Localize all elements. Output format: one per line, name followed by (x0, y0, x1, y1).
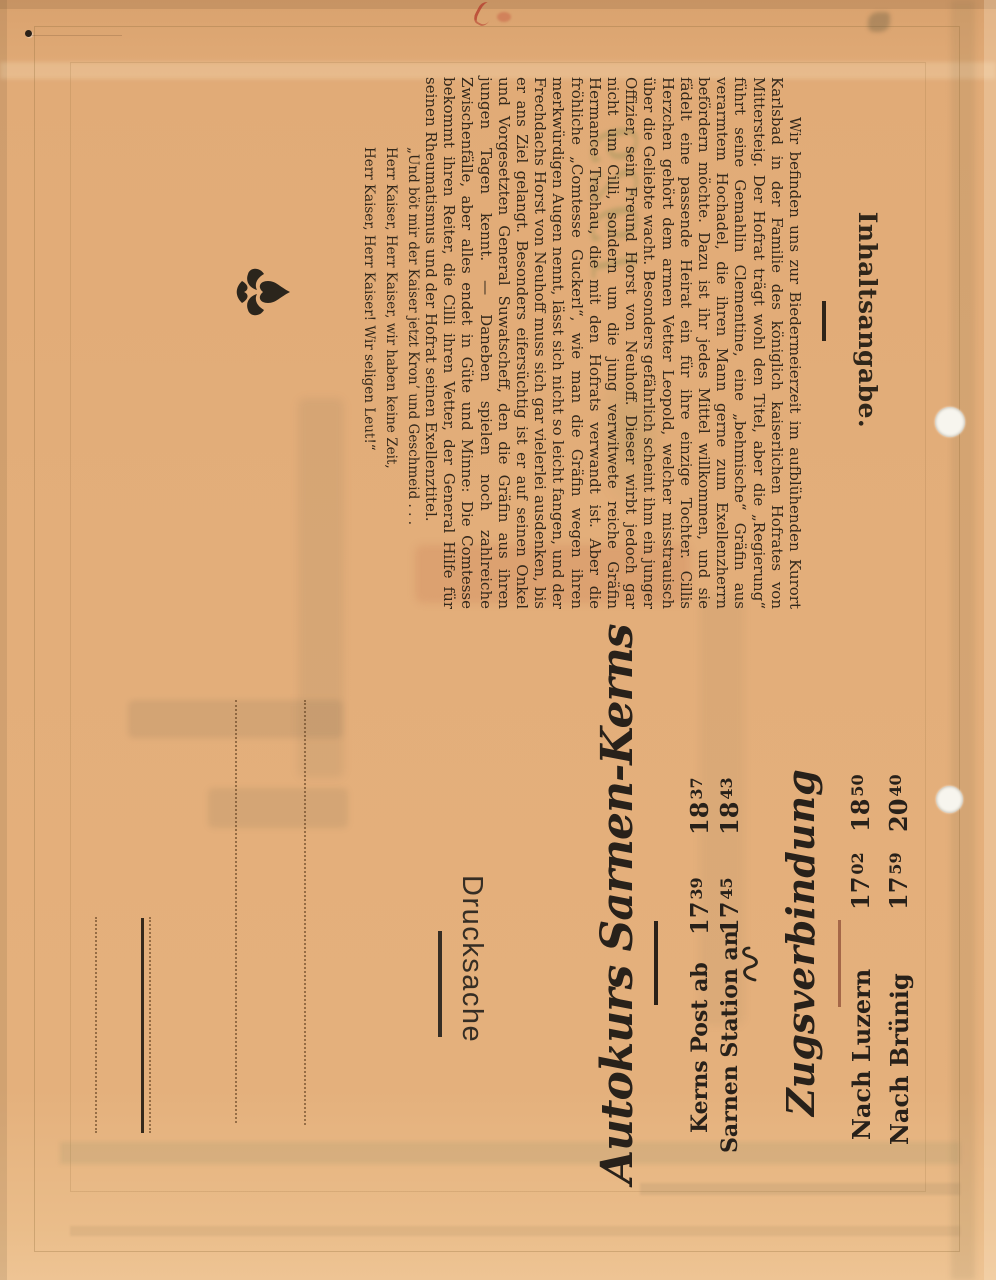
departure-time: 1837 (685, 777, 714, 835)
autokurs-title: Autokurs Sarnen-Kerns (592, 625, 643, 1184)
departure-time: 1850 (846, 774, 875, 832)
title-divider-rule (654, 921, 658, 1005)
squiggle-ornament-icon (738, 945, 764, 983)
scan-edge-top (0, 0, 996, 9)
title-divider-rule-red (838, 920, 841, 1007)
drucksache-underline (438, 931, 442, 1037)
punch-hole (936, 786, 963, 813)
punch-hole (935, 407, 965, 437)
scan-edge-left (0, 0, 7, 1280)
inhaltsangabe-page: Inhaltsangabe. Wir befinden uns zur Bied… (230, 55, 910, 655)
drucksache-label: Drucksache (455, 875, 488, 1043)
address-dotted-line (149, 917, 151, 1133)
fleuron-icon (234, 265, 292, 319)
quote-line: Herr Kaiser, Herr Kaiser, wir haben kein… (380, 147, 402, 525)
synopsis-paragraph: Wir befinden uns zur Biedermeierzeit im … (422, 77, 804, 609)
departure-time: 2040 (884, 774, 913, 832)
red-pen-mark (497, 12, 511, 22)
quote-line: Herr Kaiser, Herr Kaiser! Wir seligen Le… (358, 147, 380, 525)
address-dotted-line (235, 700, 237, 1123)
drucksache-marking: Drucksache (432, 875, 488, 1045)
arrival-time: 1843 (715, 777, 744, 835)
scanned-document: 1929 Inhaltsangabe. Wir befinden uns zur… (0, 0, 996, 1280)
departure-time: 1759 (884, 852, 913, 910)
closing-quote: „Und böt mir der Kaiser jetzt Kron’ und … (358, 147, 424, 525)
title-divider-rule (822, 301, 826, 341)
scan-edge-right (984, 0, 996, 1280)
departure-time: 1702 (846, 852, 875, 910)
zugsverbindung-title: Zugsverbindung (778, 769, 823, 1116)
page-title: Inhaltsangabe. (853, 165, 882, 475)
departure-time: 1739 (685, 877, 714, 935)
schedule-label: Kerns Post ab (687, 962, 713, 1133)
pin-hole (25, 30, 32, 37)
quote-line: „Und böt mir der Kaiser jetzt Kron’ und … (402, 147, 424, 525)
pencil-mark (868, 12, 890, 32)
arrival-time: 1745 (715, 877, 744, 935)
mailing-panel-schedules: Autokurs Sarnen-Kerns Kerns Post ab 1739… (588, 738, 928, 1188)
address-solid-line (141, 918, 144, 1133)
scratch-line (32, 35, 122, 36)
address-dotted-line (95, 917, 97, 1133)
schedule-label: Nach Luzern (847, 969, 876, 1140)
address-dotted-line (304, 700, 306, 1125)
schedule-label: Nach Brünig (885, 973, 914, 1145)
